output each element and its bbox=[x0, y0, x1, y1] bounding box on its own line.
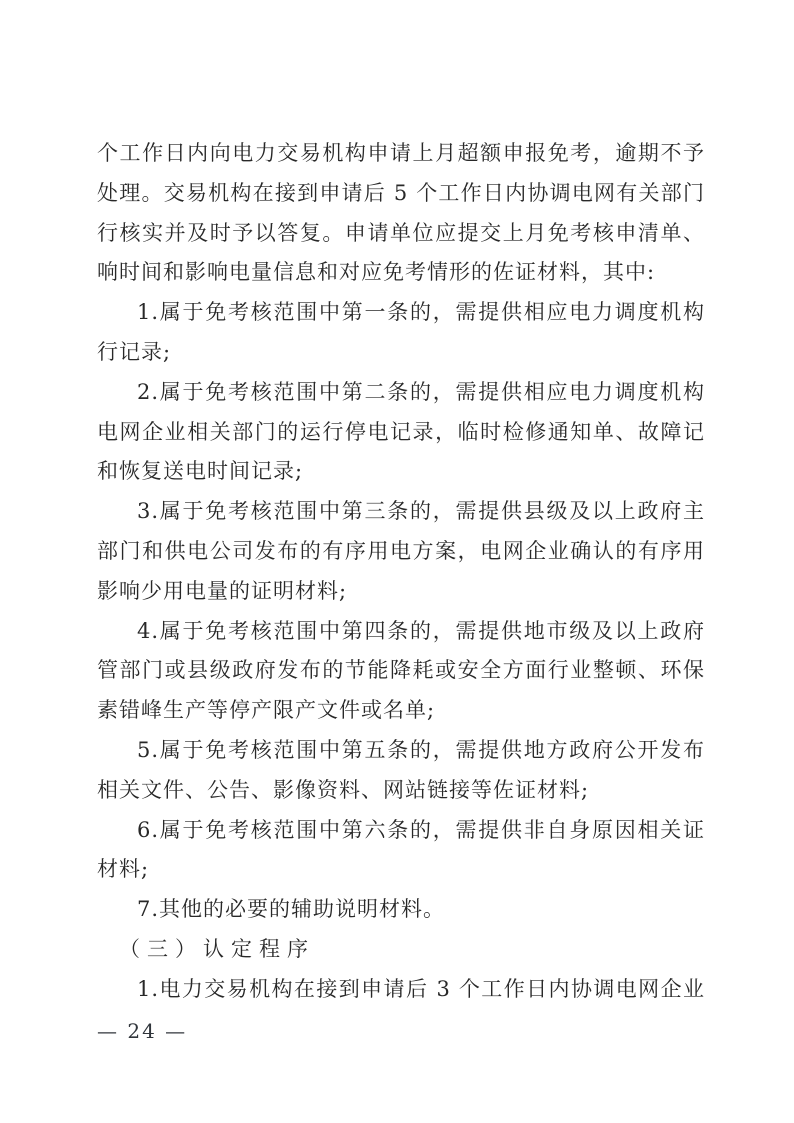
text-line: 1.属于免考核范围中第一条的，需提供相应电力调度机构运 bbox=[97, 293, 705, 333]
text-line: 影响少用电量的证明材料; bbox=[97, 572, 705, 612]
body-text: 个工作日内向电力交易机构申请上月超额申报免考，逾期不予以处理。交易机构在接到申请… bbox=[97, 134, 705, 1010]
text-line: 6.属于免考核范围中第六条的，需提供非自身原因相关证明 bbox=[97, 811, 705, 851]
document-page: 个工作日内向电力交易机构申请上月超额申报免考，逾期不予以处理。交易机构在接到申请… bbox=[0, 0, 794, 1123]
text-line: 1.电力交易机构在接到申请后 3 个工作日内协调电网企业有 bbox=[97, 970, 705, 1010]
text-line: 素错峰生产等停产限产文件或名单; bbox=[97, 691, 705, 731]
text-line: 响时间和影响电量信息和对应免考情形的佐证材料，其中: bbox=[97, 253, 705, 293]
text-line: 电网企业相关部门的运行停电记录，临时检修通知单、故障记录 bbox=[97, 413, 705, 453]
text-line: 5.属于免考核范围中第五条的，需提供地方政府公开发布的 bbox=[97, 731, 705, 771]
text-line: 相关文件、公告、影像资料、网站链接等佐证材料; bbox=[97, 771, 705, 811]
text-line: 4.属于免考核范围中第四条的，需提供地市级及以上政府主 bbox=[97, 612, 705, 652]
text-line: 处理。交易机构在接到申请后 5 个工作日内协调电网有关部门进 bbox=[97, 174, 705, 214]
text-line: 行记录; bbox=[97, 333, 705, 373]
text-line: （三）认定程序 bbox=[97, 930, 705, 970]
text-line: 7.其他的必要的辅助说明材料。 bbox=[97, 890, 705, 930]
text-line: 行核实并及时予以答复。申请单位应提交上月免考核申清单、影 bbox=[97, 214, 705, 254]
text-line: 管部门或县级政府发布的节能降耗或安全方面行业整顿、环保因 bbox=[97, 651, 705, 691]
text-line: 个工作日内向电力交易机构申请上月超额申报免考，逾期不予以 bbox=[97, 134, 705, 174]
text-line: 2.属于免考核范围中第二条的，需提供相应电力调度机构或 bbox=[97, 373, 705, 413]
text-line: 3.属于免考核范围中第三条的，需提供县级及以上政府主管 bbox=[97, 492, 705, 532]
page-number: — 24 — bbox=[97, 1019, 187, 1043]
text-line: 部门和供电公司发布的有序用电方案，电网企业确认的有序用电 bbox=[97, 532, 705, 572]
text-line: 材料; bbox=[97, 850, 705, 890]
text-line: 和恢复送电时间记录; bbox=[97, 452, 705, 492]
